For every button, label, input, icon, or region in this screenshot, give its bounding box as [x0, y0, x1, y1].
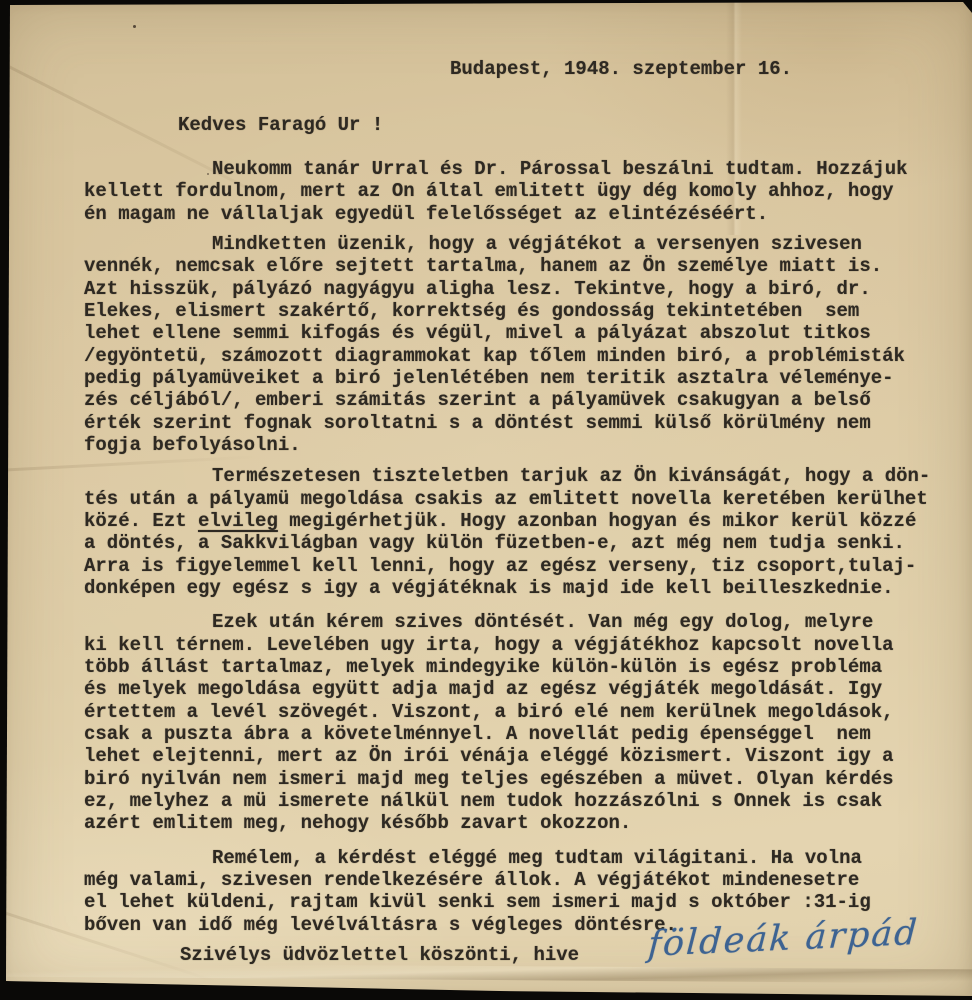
letter-paragraph-3: Természetesen tiszteletben tarjuk az Ön … — [84, 465, 944, 599]
letter-paragraph-4: Ezek után kérem szives döntését. Van még… — [84, 611, 944, 834]
letter-paragraph-1: Neukomm tanár Urral és Dr. Párossal besz… — [84, 158, 944, 225]
paper-speck — [133, 25, 136, 28]
letter-date: Budapest, 1948. szeptember 16. — [450, 58, 792, 80]
letter-paper: Budapest, 1948. szeptember 16. Kedves Fa… — [0, 0, 972, 1000]
letter-paragraph-2: Mindketten üzenik, hogy a végjátékot a v… — [84, 233, 944, 456]
letter-body: Neukomm tanár Urral és Dr. Párossal besz… — [84, 158, 944, 936]
letter-closing: Szivélys üdvözlettel köszönti, hive — [180, 944, 579, 966]
letter-salutation: Kedves Faragó Ur ! — [178, 114, 383, 136]
